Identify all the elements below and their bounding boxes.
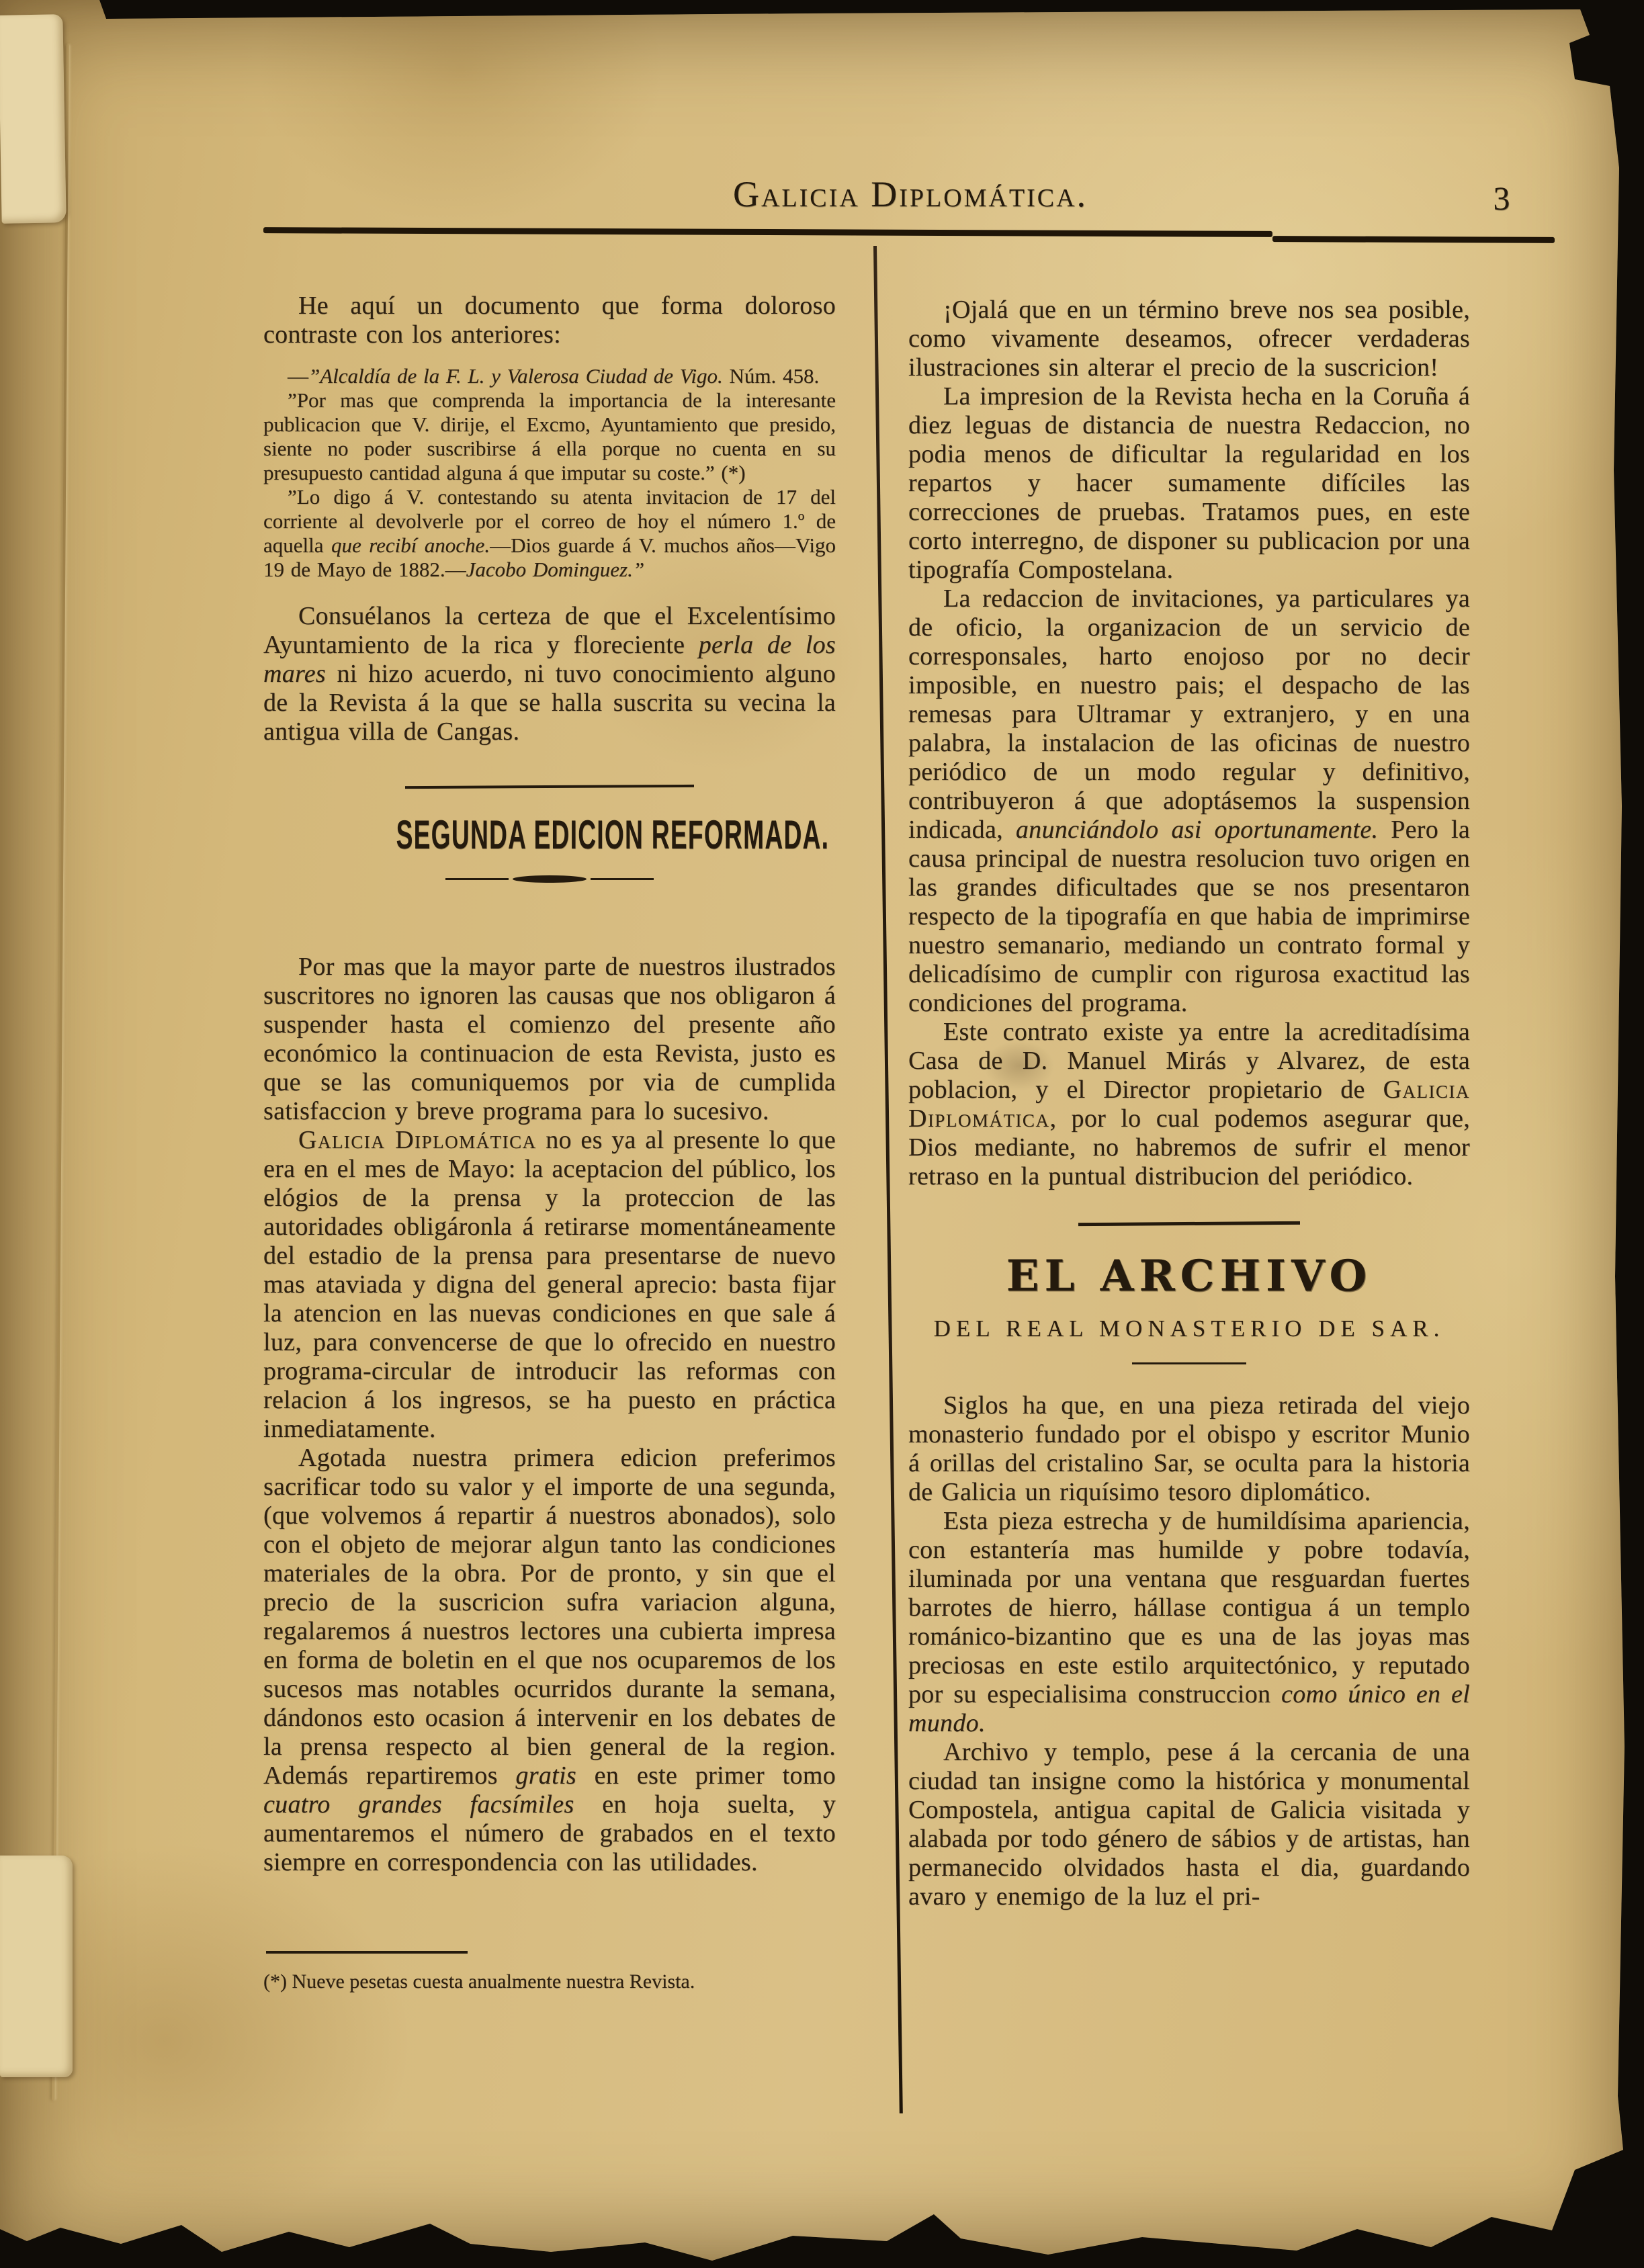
text-segment: no es ya al presente lo que era en el me… <box>263 1126 836 1443</box>
letter-paragraph-1: ”Por mas que comprenda la importancia de… <box>263 388 836 485</box>
paragraph-galicia-no-es: Galicia Diplomática no es ya al presente… <box>263 1126 836 1444</box>
subtitle-rule <box>1132 1362 1246 1364</box>
text-segment: Jacobo Dominguez.” <box>466 558 644 581</box>
text-segment: Agotada nuestra primera edicion preferim… <box>263 1444 836 1790</box>
footnote-marker: (*) <box>263 1970 287 1993</box>
paragraph-agotada: Agotada nuestra primera edicion preferim… <box>263 1444 836 1877</box>
scanned-newspaper-page: Galicia Diplomática. 3 He aquí un docume… <box>0 0 1644 2268</box>
text-segment: — <box>288 364 308 388</box>
article-title-el-archivo: EL ARCHIVO <box>908 1252 1470 1301</box>
section-heading-text: SEGUNDA EDICION REFORMADA. <box>396 815 830 855</box>
ornament-divider <box>445 875 654 883</box>
paragraph-ojala: ¡Ojalá que en un término breve nos sea p… <box>908 296 1470 382</box>
footnote-rule <box>266 1951 468 1954</box>
article-subtitle-monasterio-sar: DEL REAL MONASTERIO DE SAR. <box>908 1315 1470 1342</box>
paragraph-contrato: Este contrato existe ya entre la acredit… <box>908 1018 1470 1191</box>
text-segment: anunciándolo asi oportunamente. <box>1016 816 1378 844</box>
letter-heading: —”Alcaldía de la F. L. y Valerosa Ciudad… <box>263 364 836 388</box>
ornament-line <box>445 878 509 880</box>
section-divider-rule <box>405 785 694 789</box>
paragraph-archivo-templo: Archivo y templo, pese á la cercania de … <box>908 1738 1470 1911</box>
publication-title: Galicia Diplomática. <box>672 173 1149 215</box>
footnote: (*) Nueve pesetas cuesta anualmente nues… <box>263 1970 836 1994</box>
article-divider-rule <box>1078 1221 1300 1226</box>
text-segment: Galicia Diplomática <box>298 1126 537 1154</box>
right-column: ¡Ojalá que en un término breve nos sea p… <box>908 296 1470 1911</box>
ornament-lens <box>513 875 587 883</box>
paragraph-impresion: La impresion de la Revista hecha en la C… <box>908 382 1470 584</box>
paragraph-por-mas: Por mas que la mayor parte de nuestros i… <box>263 953 836 1126</box>
text-segment: que recibí anoche. <box>331 533 490 557</box>
text-segment: en este primer tomo <box>576 1761 836 1790</box>
torn-paper-fragment-top-left <box>0 14 67 224</box>
text-segment: Pero la causa principal de nuestra resol… <box>908 816 1470 1017</box>
text-segment: La redaccion de invitaciones, ya particu… <box>908 584 1470 844</box>
left-column: He aquí un documento que forma doloroso … <box>263 292 836 1994</box>
footnote-text: Nueve pesetas cuesta anualmente nuestra … <box>287 1970 695 1993</box>
paragraph-esta-pieza: Esta pieza estrecha y de humildísima apa… <box>908 1507 1470 1738</box>
text-segment: gratis <box>515 1761 576 1790</box>
text-segment: Esta pieza estrecha y de humildísima apa… <box>908 1507 1470 1708</box>
paragraph-documento-contraste: He aquí un documento que forma doloroso … <box>263 292 836 349</box>
text-segment: cuatro grandes facsímiles <box>263 1790 574 1819</box>
text-segment: Núm. 458. <box>723 364 820 388</box>
paragraph-siglos: Siglos ha que, en una pieza retirada del… <box>908 1391 1470 1507</box>
section-heading-segunda-edicion: SEGUNDA EDICION REFORMADA. <box>263 815 836 855</box>
paragraph-redaccion: La redaccion de invitaciones, ya particu… <box>908 584 1470 1018</box>
ornament-line <box>591 878 654 880</box>
page-number: 3 <box>1478 179 1525 218</box>
letter-paragraph-2: ”Lo digo á V. contestando su atenta invi… <box>263 485 836 582</box>
text-segment: ni hizo acuerdo, ni tuvo conocimiento al… <box>263 660 836 746</box>
text-segment: ”Alcaldía de la F. L. y Valerosa Ciudad … <box>308 364 723 388</box>
paragraph-consuelanos: Consuélanos la certeza de que el Excelen… <box>263 602 836 746</box>
torn-paper-fragment-bottom-left <box>0 1856 73 2077</box>
masthead-rule-right <box>1272 236 1555 243</box>
quoted-letter-block: —”Alcaldía de la F. L. y Valerosa Ciudad… <box>263 364 836 582</box>
